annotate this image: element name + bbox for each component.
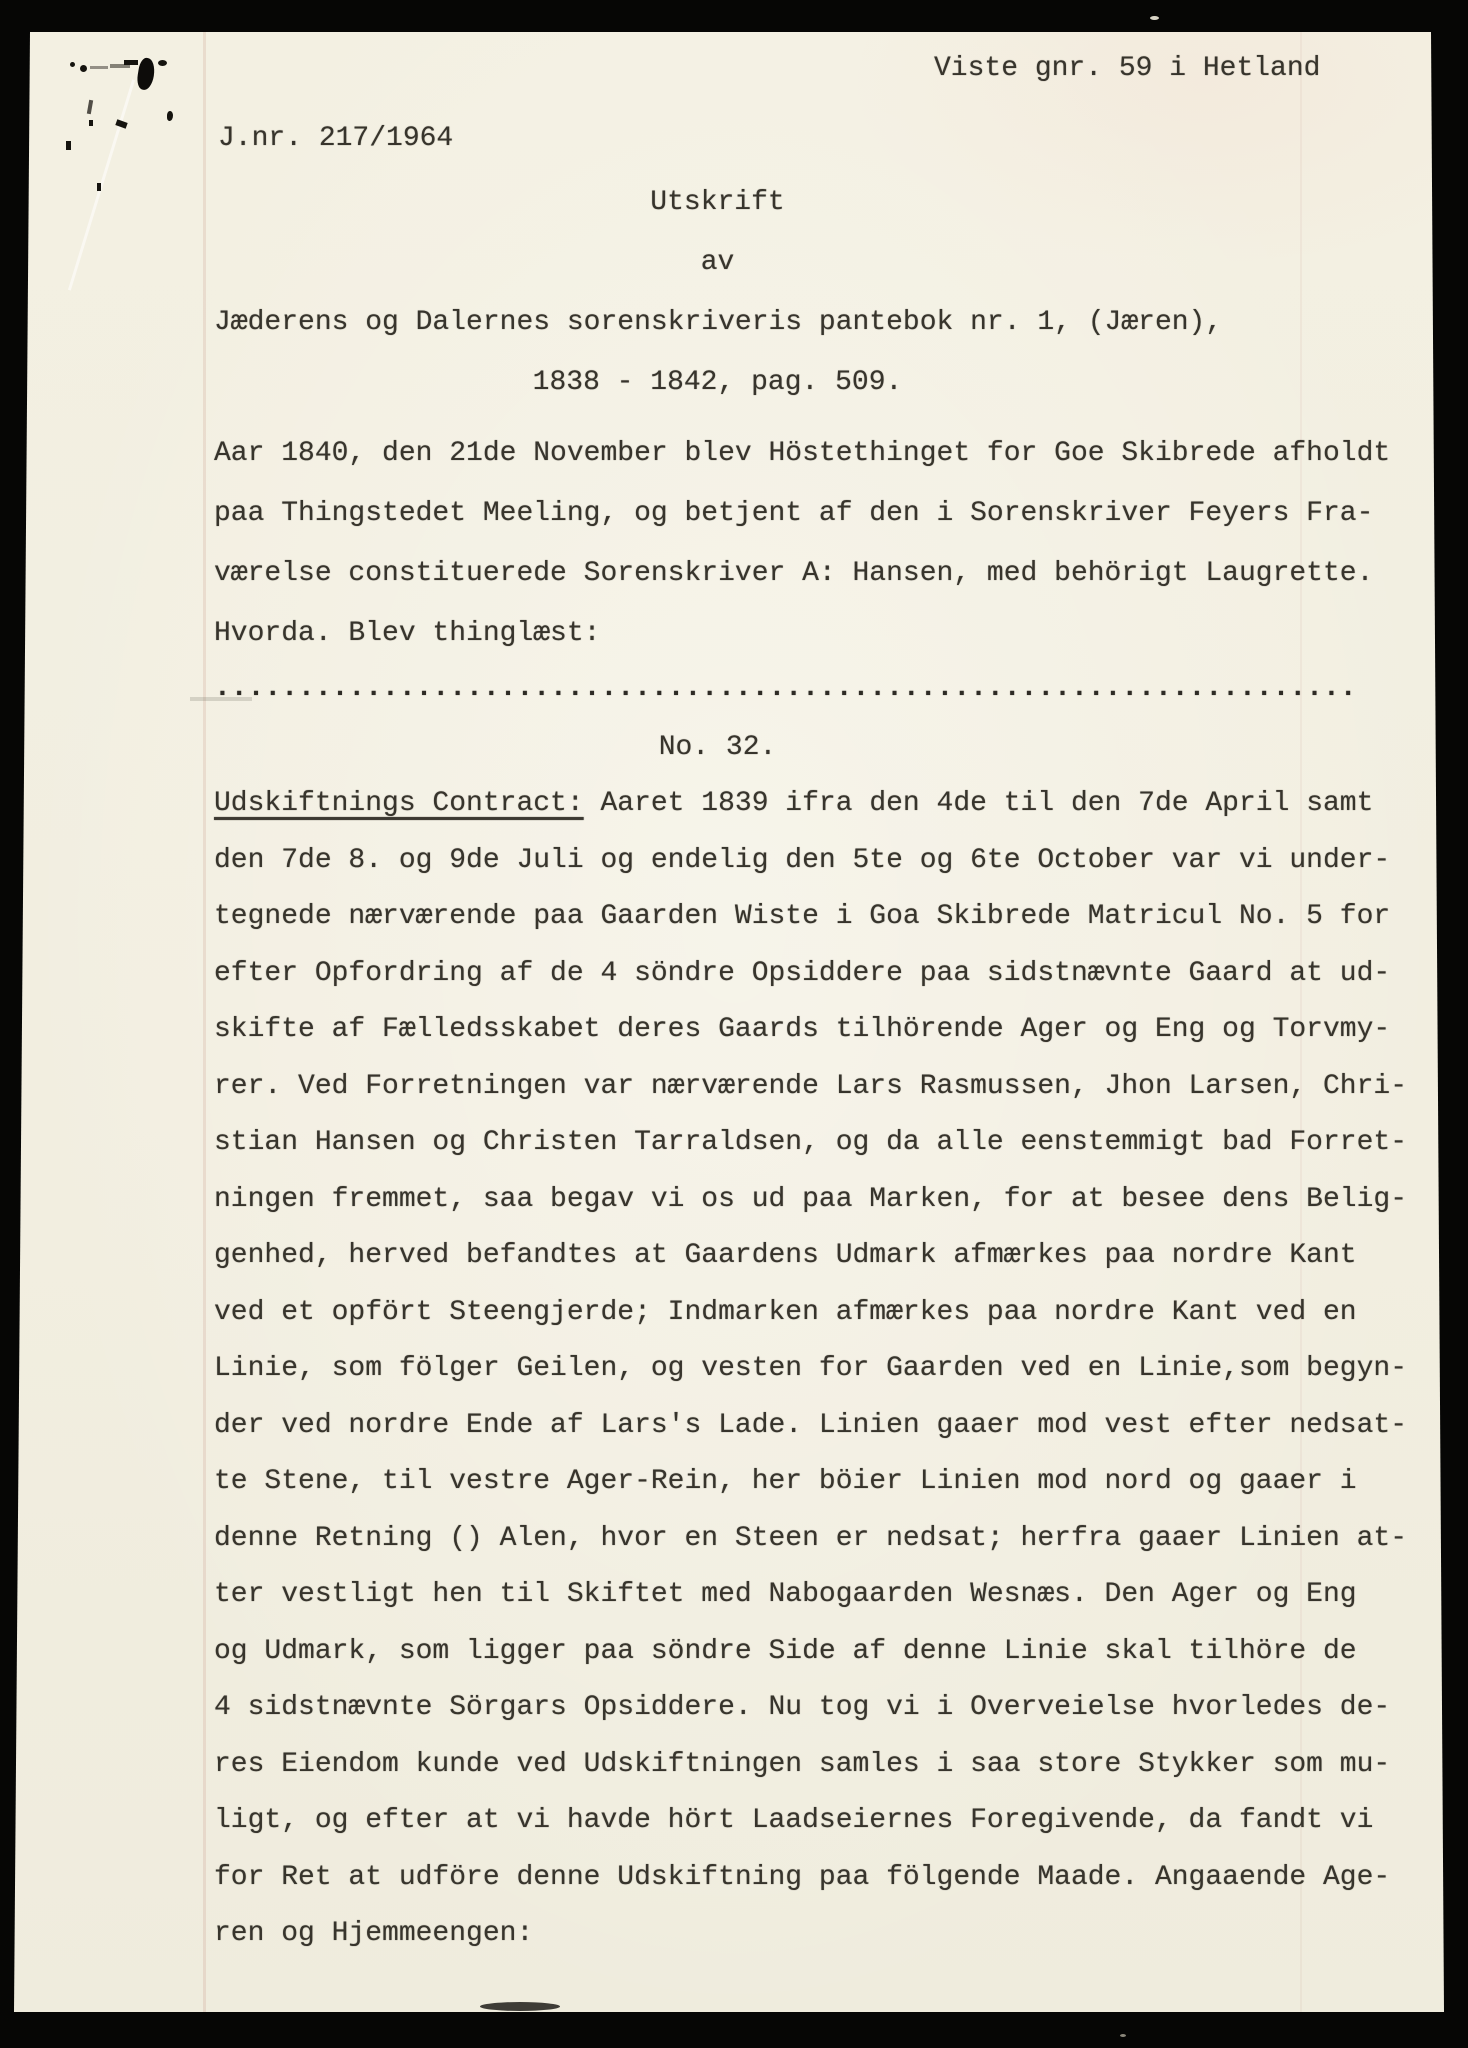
source-description: Jæderens og Dalernes sorenskriveris pant… bbox=[214, 306, 1222, 340]
contract-line: res Eiendom kunde ved Udskiftningen saml… bbox=[214, 1748, 1390, 1782]
contract-line: denne Retning () Alen, hvor en Steen er … bbox=[214, 1522, 1407, 1556]
contract-first-line-rest: Aaret 1839 ifra den 4de til den 7de Apri… bbox=[584, 788, 1374, 819]
ink-blob bbox=[136, 57, 157, 91]
contract-line: ter vestligt hen til Skiftet med Nabogaa… bbox=[214, 1578, 1357, 1612]
contract-line: ren og Hjemmeengen: bbox=[214, 1917, 533, 1951]
dotted-separator: ........................................… bbox=[214, 672, 1357, 706]
ink-smudge bbox=[70, 62, 75, 67]
document-page: Viste gnr. 59 i Hetland J.nr. 217/1964 U… bbox=[0, 0, 1468, 2048]
ink-smudge bbox=[89, 120, 93, 126]
contract-line: ligt, og efter at vi havde hört Laadseie… bbox=[214, 1804, 1373, 1838]
page-header-reference: Viste gnr. 59 i Hetland bbox=[934, 52, 1320, 86]
intro-line: værelse constituerede Sorenskriver A: Ha… bbox=[214, 557, 1373, 591]
contract-line: te Stene, til vestre Ager-Rein, her böie… bbox=[214, 1465, 1357, 1499]
contract-heading: Udskiftnings Contract: bbox=[214, 788, 584, 819]
intro-line: Hvorda. Blev thinglæst: bbox=[214, 617, 600, 651]
ink-smudge bbox=[110, 64, 130, 68]
intro-line: paa Thingstedet Meeling, og betjent af d… bbox=[214, 497, 1373, 531]
document-subtitle: av bbox=[30, 246, 1405, 280]
contract-line: stian Hansen og Christen Tarraldsen, og … bbox=[214, 1126, 1407, 1160]
ink-smudge bbox=[87, 100, 93, 114]
contract-first-line: Udskiftnings Contract: Aaret 1839 ifra d… bbox=[214, 787, 1373, 821]
contract-line: ved et opfört Steengjerde; Indmarken afm… bbox=[214, 1296, 1357, 1330]
contract-line: ningen fremmet, saa begav vi os ud paa M… bbox=[214, 1183, 1407, 1217]
intro-line: Aar 1840, den 21de November blev Hösteth… bbox=[214, 437, 1390, 471]
contract-line: og Udmark, som ligger paa söndre Side af… bbox=[214, 1635, 1357, 1669]
ink-smudge bbox=[167, 111, 173, 121]
contract-line: den 7de 8. og 9de Juli og endelig den 5t… bbox=[214, 844, 1390, 878]
ink-smudge bbox=[66, 141, 71, 150]
contract-line: for Ret at udföre denne Udskiftning paa … bbox=[214, 1861, 1390, 1895]
contract-line: genhed, herved befandtes at Gaardens Udm… bbox=[214, 1239, 1357, 1273]
scanned-document: Viste gnr. 59 i Hetland J.nr. 217/1964 U… bbox=[0, 0, 1468, 2048]
contract-line: skifte af Fælledsskabet deres Gaards til… bbox=[214, 1013, 1390, 1047]
scan-speck bbox=[1150, 16, 1159, 20]
ink-smudge bbox=[80, 65, 87, 72]
contract-line: 4 sidstnævnte Sörgars Opsiddere. Nu tog … bbox=[214, 1691, 1390, 1725]
contract-line: tegnede nærværende paa Gaarden Wiste i G… bbox=[214, 900, 1390, 934]
journal-number: J.nr. 217/1964 bbox=[218, 122, 453, 156]
source-years: 1838 - 1842, pag. 509. bbox=[30, 366, 1405, 400]
edge-smudge bbox=[480, 2002, 560, 2011]
contract-line: Linie, som fölger Geilen, og vesten for … bbox=[214, 1352, 1407, 1386]
scan-speck bbox=[1120, 2034, 1126, 2037]
contract-line: der ved nordre Ende af Lars's Lade. Lini… bbox=[214, 1409, 1407, 1443]
contract-line: efter Opfordring af de 4 söndre Opsidder… bbox=[214, 957, 1390, 991]
ink-smudge bbox=[158, 60, 167, 66]
document-title: Utskrift bbox=[30, 186, 1405, 220]
ink-smudge bbox=[115, 119, 127, 128]
contract-line: rer. Ved Forretningen var nærværende Lar… bbox=[214, 1070, 1407, 1104]
ink-smudge bbox=[124, 60, 138, 65]
fold-crease-left bbox=[203, 32, 206, 2012]
section-number: No. 32. bbox=[30, 731, 1405, 765]
ink-smudge bbox=[90, 66, 108, 69]
